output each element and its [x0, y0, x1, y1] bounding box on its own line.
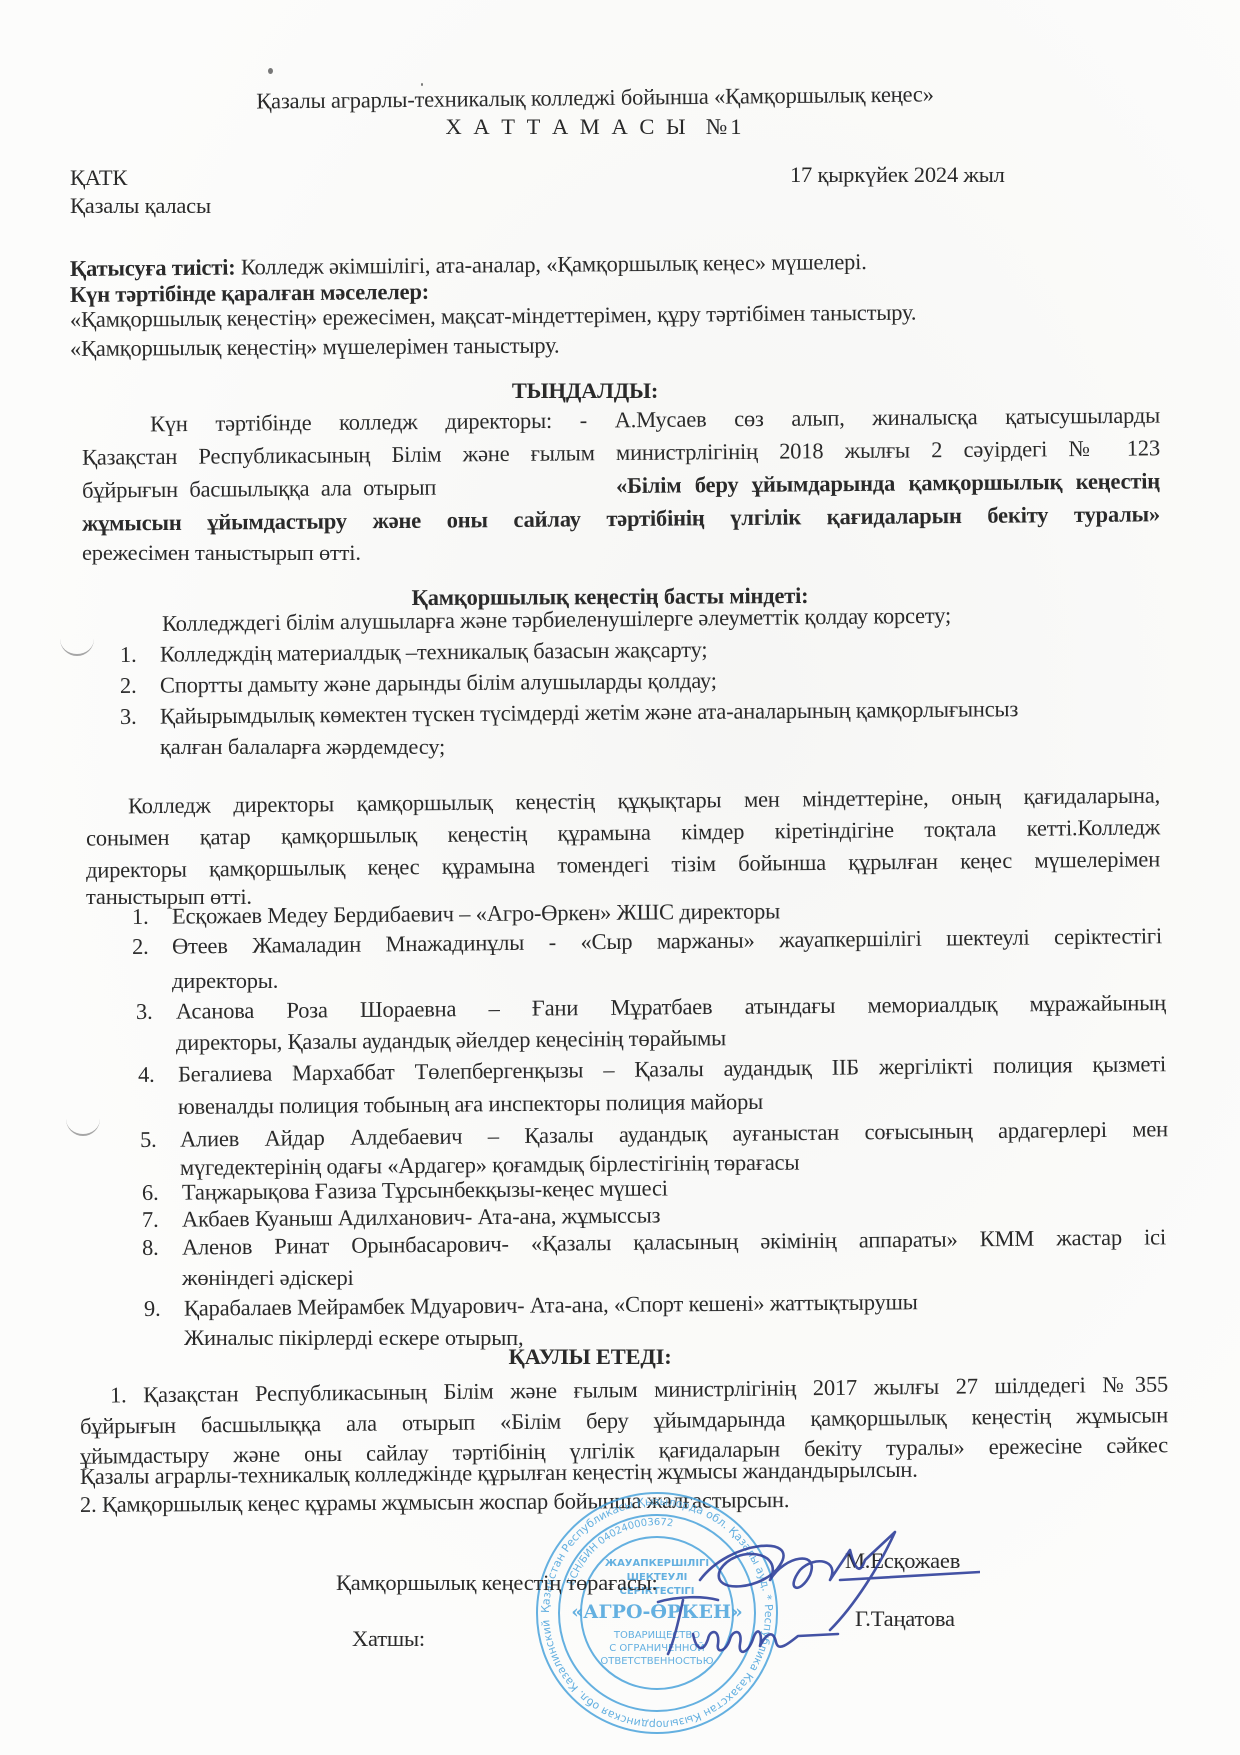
- document-page: Қазалы аграрлы-техникалық колледжі бойын…: [0, 0, 1240, 1755]
- listened-line: Күн тәртібінде колледж директоры: - А.Му…: [150, 403, 1160, 438]
- member-item-continued: жөніндегі әдіскері: [182, 1265, 354, 1291]
- agenda-item: «Қамқоршылық кеңестің» мүшелерімен таныс…: [70, 333, 560, 362]
- member-item: 2.Өтеев Жамаладин Мнажадинұлы - «Сыр мар…: [132, 923, 1162, 960]
- member-item-continued: директоры.: [172, 968, 278, 994]
- listened-heading: ТЫҢДАЛДЫ:: [440, 378, 730, 404]
- binder-hole-mark: [60, 632, 94, 656]
- binder-hole-mark: [66, 1112, 100, 1136]
- resolution-heading: ҚАУЛЫ ЕТЕДІ:: [420, 1344, 760, 1370]
- member-item: 6.Таңжарықова Ғазиза Тұрсынбекқызы-кеңес…: [142, 1175, 668, 1206]
- main-task-item: 3.Қайырымдылық көмектен түскен түсімдерд…: [120, 696, 1018, 730]
- listened-text: бұйрығын басшылыққа ала отырып: [82, 475, 436, 504]
- main-task-intro: Колледждегі білім алушыларға және тәрбие…: [162, 603, 951, 637]
- scan-speck: [268, 68, 273, 74]
- main-task-item-continued: қалған балаларға жәрдемдесу;: [160, 734, 445, 760]
- regulation-title-part: «Білім беру ұйымдарында қамқоршылық кеңе…: [616, 468, 1160, 499]
- regulation-title-part: жұмысын ұйымдастыру және оны сайлау тәрт…: [82, 501, 1160, 536]
- listened-line: ережесімен таныстырып өтті.: [82, 540, 361, 566]
- member-item: 7.Акбаев Куаныш Адилханович- Ата-ана, жұ…: [142, 1202, 660, 1233]
- member-item: 5.Алиев Айдар Алдебаевич – Қазалы ауданд…: [140, 1116, 1168, 1153]
- main-task-item: 1.Колледждің материалдық –техникалық баз…: [120, 637, 708, 668]
- main-task-item: 2.Спортты дамыту және дарынды білім алуш…: [120, 668, 717, 699]
- listened-line-3: бұйрығын басшылыққа ала отырып «Білім бе…: [82, 468, 1160, 503]
- secretary-signature-icon: [648, 1594, 848, 1664]
- director-paragraph-line: сонымен қатар қамқоршылық кеңестің құрам…: [86, 814, 1160, 851]
- member-item: 4.Бегалиева Мархаббат Төлепбергенқызы – …: [138, 1051, 1166, 1088]
- member-item: 9.Қарабалаев Мейрамбек Мдуарович- Ата-ан…: [144, 1289, 918, 1322]
- member-item-continued: директоры, Қазалы аудандық әйелдер кеңес…: [176, 1025, 726, 1056]
- member-item: 3.Асанова Роза Шораевна – Ғани Мұратбаев…: [136, 990, 1166, 1025]
- document-subtitle: Х А Т Т А М А С Ы №1: [375, 114, 815, 140]
- scan-speck: [421, 83, 423, 86]
- secretary-label: Хатшы:: [352, 1626, 425, 1652]
- attendance-label: Қатысуға тиісті:: [70, 255, 236, 281]
- document-date: 17 қыркүйек 2024 жыл: [790, 162, 1005, 188]
- city-name: Қазалы қаласы: [70, 193, 211, 219]
- chair-label: Қамқоршылық кеңестің төрағасы:: [336, 1570, 658, 1596]
- director-paragraph-line: директоры қамқоршылық кеңес құрамына том…: [86, 846, 1160, 883]
- member-item: 1.Есқожаев Медеу Бердибаевич – «Агро-Өрк…: [132, 898, 780, 930]
- member-item-continued: ювеналды полиция тобының аға инспекторы …: [178, 1089, 763, 1120]
- document-title: Қазалы аграрлы-техникалық колледжі бойын…: [190, 81, 1000, 115]
- attendance-line: Қатысуға тиісті: Колледж әкімшілігі, ата…: [70, 249, 867, 282]
- attendance-value: Колледж әкімшілігі, ата-аналар, «Қамқорш…: [235, 249, 866, 280]
- listened-line: Қазақстан Республикасының Білім және ғыл…: [82, 435, 1160, 470]
- director-paragraph-line: Колледж директоры қамқоршылық кеңестің қ…: [128, 783, 1160, 820]
- organization-abbr: ҚАТК: [70, 165, 127, 191]
